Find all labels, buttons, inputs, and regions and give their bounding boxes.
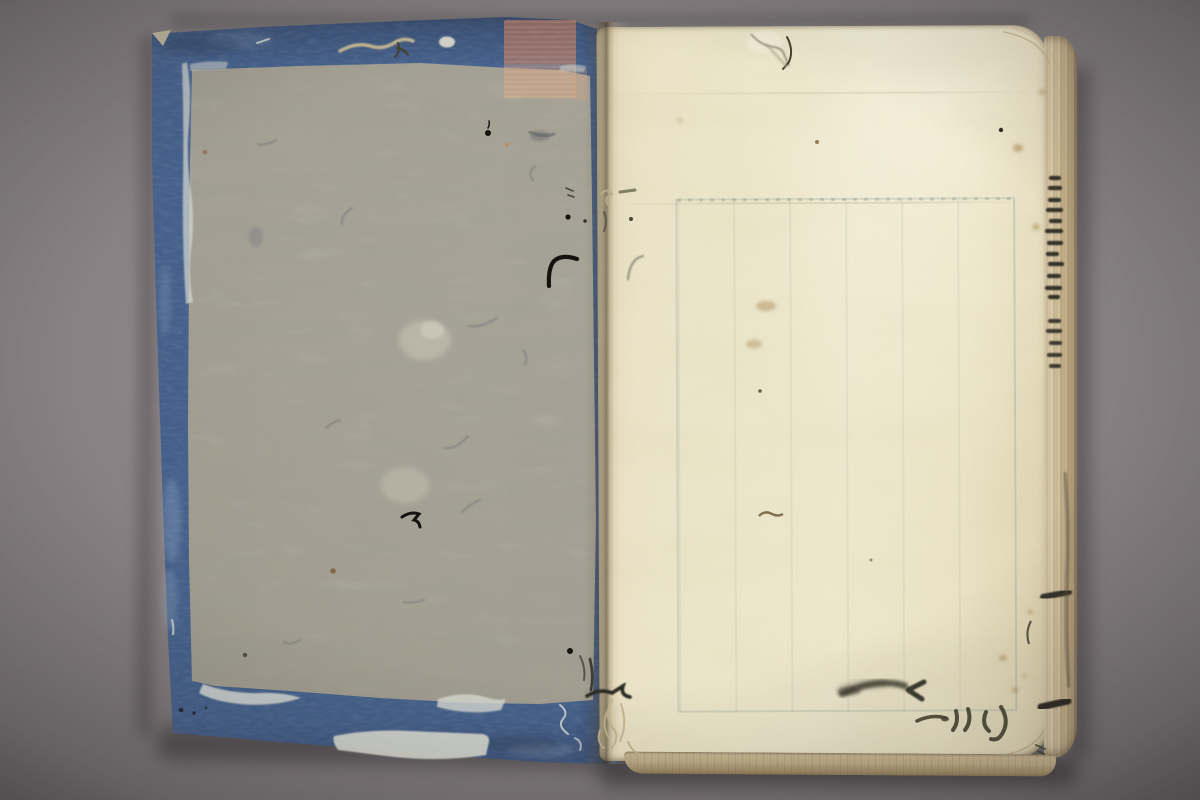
cover-surface-marks <box>172 37 581 760</box>
photo-of-open-book <box>0 0 1200 800</box>
fore-edge-ink-smears <box>1000 28 1069 756</box>
ink-marks-layer <box>0 0 1200 800</box>
torn-paper-edges <box>152 30 586 712</box>
page-stains-and-foxing <box>677 31 1046 693</box>
pastedown-marks <box>203 121 587 657</box>
gutter-threads <box>567 190 643 754</box>
cover-worn-patches <box>159 32 574 757</box>
